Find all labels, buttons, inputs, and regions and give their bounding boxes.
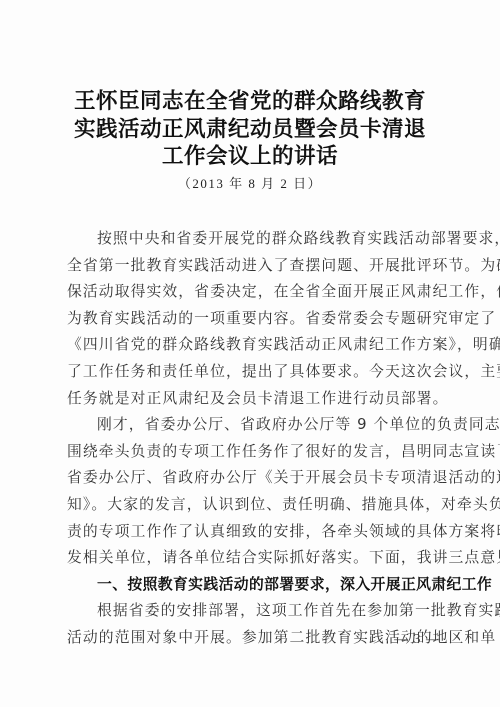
paragraph-line: 保活动取得实效，省委决定，在全省全面开展正风肃纪工作，作 xyxy=(67,279,443,306)
title-line-3: 工作会议上的讲话 xyxy=(0,143,500,171)
document-page: 王怀臣同志在全省党的群众路线教育 实践活动正风肃纪动员暨会员卡清退 工作会议上的… xyxy=(0,0,500,707)
speech-date: （2013 年 8 月 2 日） xyxy=(0,173,500,192)
paragraph-line: 全省第一批教育实践活动进入了查摆问题、开展批评环节。为确 xyxy=(67,253,443,280)
paragraph-line: 按照中央和省委开展党的群众路线教育实践活动部署要求， xyxy=(67,226,443,253)
paragraph-line: 了工作任务和责任单位，提出了具体要求。今天这次会议，主要 xyxy=(67,359,443,386)
paragraph-line: 责的专项工作作了认真细致的安排，各牵头领域的具体方案将印 xyxy=(67,519,443,546)
paragraph-line: 发相关单位，请各单位结合实际抓好落实。下面，我讲三点意见。 xyxy=(67,545,443,572)
paragraph-line: 活动的范围对象中开展。参加第二批教育实践活动的地区和单 xyxy=(67,625,443,652)
section-heading-1: 一、按照教育实践活动的部署要求，深入开展正风肃纪工作 xyxy=(67,572,443,599)
paragraph-line: 根据省委的安排部署，这项工作首先在参加第一批教育实践 xyxy=(67,598,443,625)
page-number: — 3 — xyxy=(394,632,441,648)
body-text: 按照中央和省委开展党的群众路线教育实践活动部署要求， 全省第一批教育实践活动进入… xyxy=(67,226,443,652)
paragraph-line: 知》。大家的发言，认识到位、责任明确、措施具体，对牵头负 xyxy=(67,492,443,519)
paragraph-line: 《四川省党的群众路线教育实践活动正风肃纪工作方案》，明确 xyxy=(67,332,443,359)
paragraph-line: 围绕牵头负责的专项工作任务作了很好的发言，昌明同志宣读了 xyxy=(67,439,443,466)
paragraph-line: 刚才，省委办公厅、省政府办公厅等 9 个单位的负责同志， xyxy=(67,412,443,439)
title-line-1: 王怀臣同志在全省党的群众路线教育 xyxy=(0,88,500,116)
paragraph-line: 任务就是对正风肃纪及会员卡清退工作进行动员部署。 xyxy=(67,386,443,413)
paragraph-line: 为教育实践活动的一项重要内容。省委常委会专题研究审定了 xyxy=(67,306,443,333)
paragraph-line: 省委办公厅、省政府办公厅《关于开展会员卡专项清退活动的通 xyxy=(67,465,443,492)
title-line-2: 实践活动正风肃纪动员暨会员卡清退 xyxy=(0,116,500,144)
